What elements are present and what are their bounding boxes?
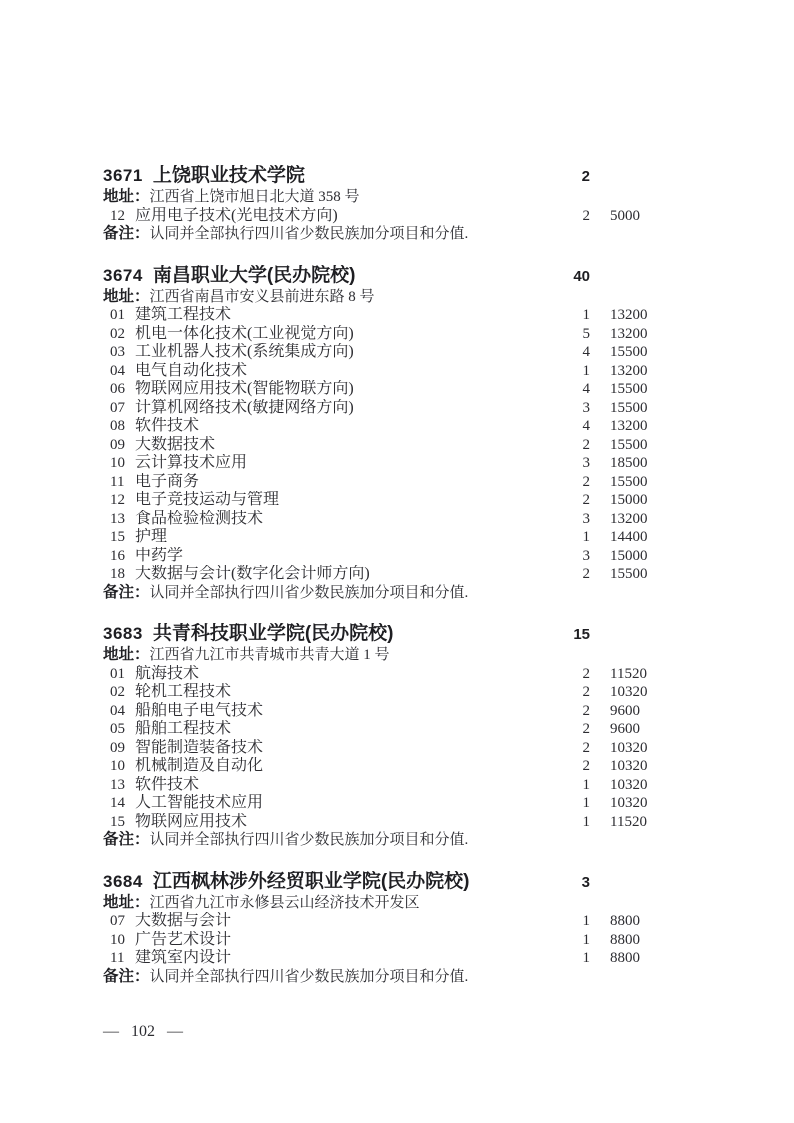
major-count: 3 <box>550 454 590 473</box>
remark-text: 认同并全部执行四川省少数民族加分项目和分值. <box>150 832 469 848</box>
major-number: 12 <box>110 207 132 226</box>
major-number: 01 <box>110 665 132 684</box>
major-count: 4 <box>550 380 590 399</box>
major-row: 04 电气自动化技术 1 13200 <box>103 362 691 381</box>
major-name: 航海技术 <box>135 665 550 684</box>
major-fee: 13200 <box>610 362 691 381</box>
major-number: 03 <box>110 343 132 362</box>
major-fee: 8800 <box>610 931 691 950</box>
major-name: 电子商务 <box>135 473 550 492</box>
major-name: 大数据与会计(数字化会计师方向) <box>135 565 550 584</box>
major-number: 14 <box>110 794 132 813</box>
major-count: 1 <box>550 306 590 325</box>
major-name: 计算机网络技术(敏捷网络方向) <box>135 399 550 418</box>
major-number: 07 <box>110 912 132 931</box>
major-number: 16 <box>110 547 132 566</box>
page-number: — 102 — <box>103 1023 183 1041</box>
major-name: 中药学 <box>135 547 550 566</box>
major-fee: 10320 <box>610 776 691 795</box>
major-number: 10 <box>110 931 132 950</box>
major-count: 2 <box>550 565 590 584</box>
remark-text: 认同并全部执行四川省少数民族加分项目和分值. <box>150 226 469 242</box>
major-number: 11 <box>110 473 132 492</box>
major-row: 13 软件技术 1 10320 <box>103 776 691 795</box>
major-row: 10 广告艺术设计 1 8800 <box>103 931 691 950</box>
major-fee: 15000 <box>610 547 691 566</box>
address-line: 地址：江西省九江市共青城市共青大道 1 号 <box>103 646 691 665</box>
major-fee: 9600 <box>610 702 691 721</box>
sections-root: 3671 上饶职业技术学院 2 地址：江西省上饶市旭日北大道 358 号 12 … <box>103 165 691 986</box>
major-name: 工业机器人技术(系统集成方向) <box>135 343 550 362</box>
major-fee: 14400 <box>610 528 691 547</box>
major-count: 3 <box>550 547 590 566</box>
major-name: 船舶电子电气技术 <box>135 702 550 721</box>
major-count: 2 <box>550 491 590 510</box>
major-row: 07 大数据与会计 1 8800 <box>103 912 691 931</box>
major-number: 15 <box>110 813 132 832</box>
major-count: 3 <box>550 510 590 529</box>
address-label: 地址： <box>103 894 150 911</box>
major-name: 人工智能技术应用 <box>135 794 550 813</box>
school-name: 上饶职业技术学院 <box>153 165 550 187</box>
major-fee: 13200 <box>610 325 691 344</box>
major-fee: 9600 <box>610 720 691 739</box>
major-number: 12 <box>110 491 132 510</box>
major-fee: 15500 <box>610 399 691 418</box>
school-total-count: 40 <box>550 266 590 288</box>
school-header-row: 3674 南昌职业大学(民办院校) 40 <box>103 265 691 288</box>
major-fee: 11520 <box>610 813 691 832</box>
major-fee: 13200 <box>610 417 691 436</box>
major-count: 2 <box>550 683 590 702</box>
major-count: 2 <box>550 473 590 492</box>
major-row: 09 智能制造装备技术 2 10320 <box>103 739 691 758</box>
major-row: 04 船舶电子电气技术 2 9600 <box>103 702 691 721</box>
school-code: 3684 <box>103 871 143 893</box>
remark-label: 备注： <box>103 584 150 601</box>
school-total-count: 3 <box>550 872 590 894</box>
major-fee: 15500 <box>610 473 691 492</box>
major-count: 2 <box>550 739 590 758</box>
major-number: 11 <box>110 949 132 968</box>
major-name: 应用电子技术(光电技术方向) <box>135 207 550 226</box>
major-row: 10 机械制造及自动化 2 10320 <box>103 757 691 776</box>
major-row: 12 应用电子技术(光电技术方向) 2 5000 <box>103 207 691 226</box>
school-code: 3671 <box>103 165 143 187</box>
school-header-row: 3684 江西枫林涉外经贸职业学院(民办院校) 3 <box>103 871 691 894</box>
major-name: 护理 <box>135 528 550 547</box>
major-fee: 15500 <box>610 343 691 362</box>
school-name: 南昌职业大学(民办院校) <box>153 265 550 287</box>
remark-text: 认同并全部执行四川省少数民族加分项目和分值. <box>150 969 469 985</box>
school-header-row: 3683 共青科技职业学院(民办院校) 15 <box>103 623 691 646</box>
school-section: 3684 江西枫林涉外经贸职业学院(民办院校) 3 地址：江西省九江市永修县云山… <box>103 871 691 987</box>
major-number: 04 <box>110 702 132 721</box>
major-name: 广告艺术设计 <box>135 931 550 950</box>
major-count: 4 <box>550 417 590 436</box>
major-name: 船舶工程技术 <box>135 720 550 739</box>
major-fee: 13200 <box>610 510 691 529</box>
major-name: 物联网应用技术 <box>135 813 550 832</box>
major-row: 18 大数据与会计(数字化会计师方向) 2 15500 <box>103 565 691 584</box>
major-count: 1 <box>550 362 590 381</box>
address-label: 地址： <box>103 288 150 305</box>
major-count: 4 <box>550 343 590 362</box>
major-fee: 15000 <box>610 491 691 510</box>
major-row: 11 建筑室内设计 1 8800 <box>103 949 691 968</box>
major-count: 1 <box>550 931 590 950</box>
major-number: 09 <box>110 739 132 758</box>
address-text: 江西省九江市永修县云山经济技术开发区 <box>150 895 420 911</box>
major-row: 03 工业机器人技术(系统集成方向) 4 15500 <box>103 343 691 362</box>
major-fee: 10320 <box>610 794 691 813</box>
address-line: 地址：江西省南昌市安义县前进东路 8 号 <box>103 288 691 307</box>
major-count: 2 <box>550 436 590 455</box>
major-count: 1 <box>550 949 590 968</box>
major-name: 大数据技术 <box>135 436 550 455</box>
address-text: 江西省九江市共青城市共青大道 1 号 <box>150 647 390 663</box>
major-number: 08 <box>110 417 132 436</box>
major-fee: 15500 <box>610 380 691 399</box>
school-code: 3674 <box>103 265 143 287</box>
major-count: 2 <box>550 757 590 776</box>
major-count: 3 <box>550 399 590 418</box>
major-name: 建筑室内设计 <box>135 949 550 968</box>
majors-list: 01 航海技术 2 11520 02 轮机工程技术 2 10320 04 船舶电… <box>103 665 691 832</box>
remark-label: 备注： <box>103 968 150 985</box>
major-count: 2 <box>550 207 590 226</box>
page-content: 3671 上饶职业技术学院 2 地址：江西省上饶市旭日北大道 358 号 12 … <box>103 165 691 1007</box>
major-name: 机电一体化技术(工业视觉方向) <box>135 325 550 344</box>
major-row: 08 软件技术 4 13200 <box>103 417 691 436</box>
school-header-row: 3671 上饶职业技术学院 2 <box>103 165 691 188</box>
major-fee: 13200 <box>610 306 691 325</box>
document-page: 3671 上饶职业技术学院 2 地址：江西省上饶市旭日北大道 358 号 12 … <box>0 0 794 1123</box>
major-row: 10 云计算技术应用 3 18500 <box>103 454 691 473</box>
major-fee: 5000 <box>610 207 691 226</box>
major-count: 1 <box>550 813 590 832</box>
major-fee: 15500 <box>610 565 691 584</box>
major-number: 04 <box>110 362 132 381</box>
major-fee: 10320 <box>610 739 691 758</box>
major-number: 13 <box>110 510 132 529</box>
major-row: 13 食品检验检测技术 3 13200 <box>103 510 691 529</box>
major-fee: 18500 <box>610 454 691 473</box>
major-name: 建筑工程技术 <box>135 306 550 325</box>
major-name: 大数据与会计 <box>135 912 550 931</box>
major-number: 10 <box>110 757 132 776</box>
address-label: 地址： <box>103 188 150 205</box>
major-fee: 15500 <box>610 436 691 455</box>
school-section: 3671 上饶职业技术学院 2 地址：江西省上饶市旭日北大道 358 号 12 … <box>103 165 691 244</box>
major-row: 02 机电一体化技术(工业视觉方向) 5 13200 <box>103 325 691 344</box>
major-row: 05 船舶工程技术 2 9600 <box>103 720 691 739</box>
major-row: 02 轮机工程技术 2 10320 <box>103 683 691 702</box>
major-row: 14 人工智能技术应用 1 10320 <box>103 794 691 813</box>
major-name: 轮机工程技术 <box>135 683 550 702</box>
major-name: 智能制造装备技术 <box>135 739 550 758</box>
major-row: 15 护理 1 14400 <box>103 528 691 547</box>
major-name: 软件技术 <box>135 417 550 436</box>
major-count: 2 <box>550 702 590 721</box>
major-name: 云计算技术应用 <box>135 454 550 473</box>
majors-list: 01 建筑工程技术 1 13200 02 机电一体化技术(工业视觉方向) 5 1… <box>103 306 691 584</box>
major-count: 1 <box>550 528 590 547</box>
school-code: 3683 <box>103 623 143 645</box>
remark-label: 备注： <box>103 831 150 848</box>
major-count: 1 <box>550 794 590 813</box>
major-number: 10 <box>110 454 132 473</box>
major-row: 15 物联网应用技术 1 11520 <box>103 813 691 832</box>
remark-text: 认同并全部执行四川省少数民族加分项目和分值. <box>150 585 469 601</box>
major-name: 食品检验检测技术 <box>135 510 550 529</box>
major-fee: 10320 <box>610 757 691 776</box>
major-row: 06 物联网应用技术(智能物联方向) 4 15500 <box>103 380 691 399</box>
major-count: 1 <box>550 912 590 931</box>
major-row: 16 中药学 3 15000 <box>103 547 691 566</box>
address-line: 地址：江西省九江市永修县云山经济技术开发区 <box>103 894 691 913</box>
major-fee: 8800 <box>610 912 691 931</box>
major-name: 机械制造及自动化 <box>135 757 550 776</box>
major-count: 1 <box>550 776 590 795</box>
remark-line: 备注：认同并全部执行四川省少数民族加分项目和分值. <box>103 968 691 987</box>
major-count: 2 <box>550 665 590 684</box>
school-section: 3674 南昌职业大学(民办院校) 40 地址：江西省南昌市安义县前进东路 8 … <box>103 265 691 603</box>
address-line: 地址：江西省上饶市旭日北大道 358 号 <box>103 188 691 207</box>
address-label: 地址： <box>103 646 150 663</box>
majors-list: 07 大数据与会计 1 8800 10 广告艺术设计 1 8800 11 建筑室… <box>103 912 691 968</box>
school-total-count: 2 <box>550 166 590 188</box>
major-number: 01 <box>110 306 132 325</box>
remark-label: 备注： <box>103 225 150 242</box>
major-number: 15 <box>110 528 132 547</box>
major-number: 02 <box>110 683 132 702</box>
major-number: 05 <box>110 720 132 739</box>
remark-line: 备注：认同并全部执行四川省少数民族加分项目和分值. <box>103 225 691 244</box>
major-name: 物联网应用技术(智能物联方向) <box>135 380 550 399</box>
major-fee: 10320 <box>610 683 691 702</box>
major-row: 11 电子商务 2 15500 <box>103 473 691 492</box>
address-text: 江西省南昌市安义县前进东路 8 号 <box>150 289 375 305</box>
major-row: 09 大数据技术 2 15500 <box>103 436 691 455</box>
school-name: 共青科技职业学院(民办院校) <box>153 623 550 645</box>
major-row: 07 计算机网络技术(敏捷网络方向) 3 15500 <box>103 399 691 418</box>
major-number: 07 <box>110 399 132 418</box>
major-name: 软件技术 <box>135 776 550 795</box>
school-section: 3683 共青科技职业学院(民办院校) 15 地址：江西省九江市共青城市共青大道… <box>103 623 691 850</box>
major-number: 09 <box>110 436 132 455</box>
remark-line: 备注：认同并全部执行四川省少数民族加分项目和分值. <box>103 584 691 603</box>
major-count: 2 <box>550 720 590 739</box>
remark-line: 备注：认同并全部执行四川省少数民族加分项目和分值. <box>103 831 691 850</box>
school-name: 江西枫林涉外经贸职业学院(民办院校) <box>153 871 550 893</box>
majors-list: 12 应用电子技术(光电技术方向) 2 5000 <box>103 207 691 226</box>
major-row: 01 航海技术 2 11520 <box>103 665 691 684</box>
major-fee: 8800 <box>610 949 691 968</box>
major-name: 电子竞技运动与管理 <box>135 491 550 510</box>
major-number: 06 <box>110 380 132 399</box>
major-count: 5 <box>550 325 590 344</box>
address-text: 江西省上饶市旭日北大道 358 号 <box>150 189 360 205</box>
major-number: 02 <box>110 325 132 344</box>
major-name: 电气自动化技术 <box>135 362 550 381</box>
major-number: 18 <box>110 565 132 584</box>
school-total-count: 15 <box>550 624 590 646</box>
major-row: 01 建筑工程技术 1 13200 <box>103 306 691 325</box>
major-row: 12 电子竞技运动与管理 2 15000 <box>103 491 691 510</box>
major-number: 13 <box>110 776 132 795</box>
major-fee: 11520 <box>610 665 691 684</box>
